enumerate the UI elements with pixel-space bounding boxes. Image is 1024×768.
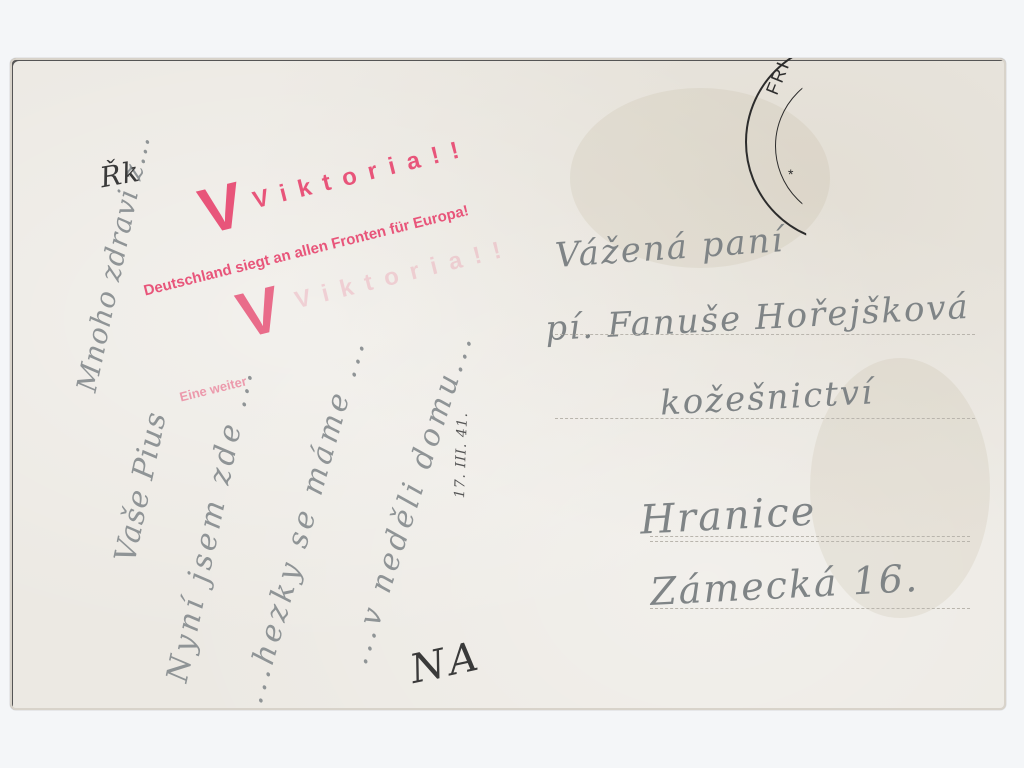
address-salutation: Vážená paní xyxy=(554,220,786,276)
message-line: Nyní jsem zde ... xyxy=(160,364,261,685)
address-name: pí. Fanuše Hořejšková xyxy=(544,287,971,349)
stamp-v-letter-faded: V xyxy=(231,276,288,348)
address-rule xyxy=(650,541,970,542)
address-rule xyxy=(650,536,970,537)
postmark-star: * xyxy=(788,166,795,182)
date-annotation: 17. III. 41. xyxy=(452,412,471,499)
message-line: Vaše Pius xyxy=(108,408,174,565)
pencil-mark: Řk xyxy=(97,155,142,194)
address-rule xyxy=(555,418,975,419)
address-rule xyxy=(555,334,975,335)
stamp-headline: Viktoria!! xyxy=(250,134,474,215)
initials-annotation: NA xyxy=(406,633,486,693)
address-rule xyxy=(650,608,970,609)
stamp-v-letter: V xyxy=(193,172,250,244)
postcard: FRI * Mnoho zdravi z... Vaše Pius Nyní j… xyxy=(10,58,1006,710)
postmark-ring-inner xyxy=(775,70,927,222)
